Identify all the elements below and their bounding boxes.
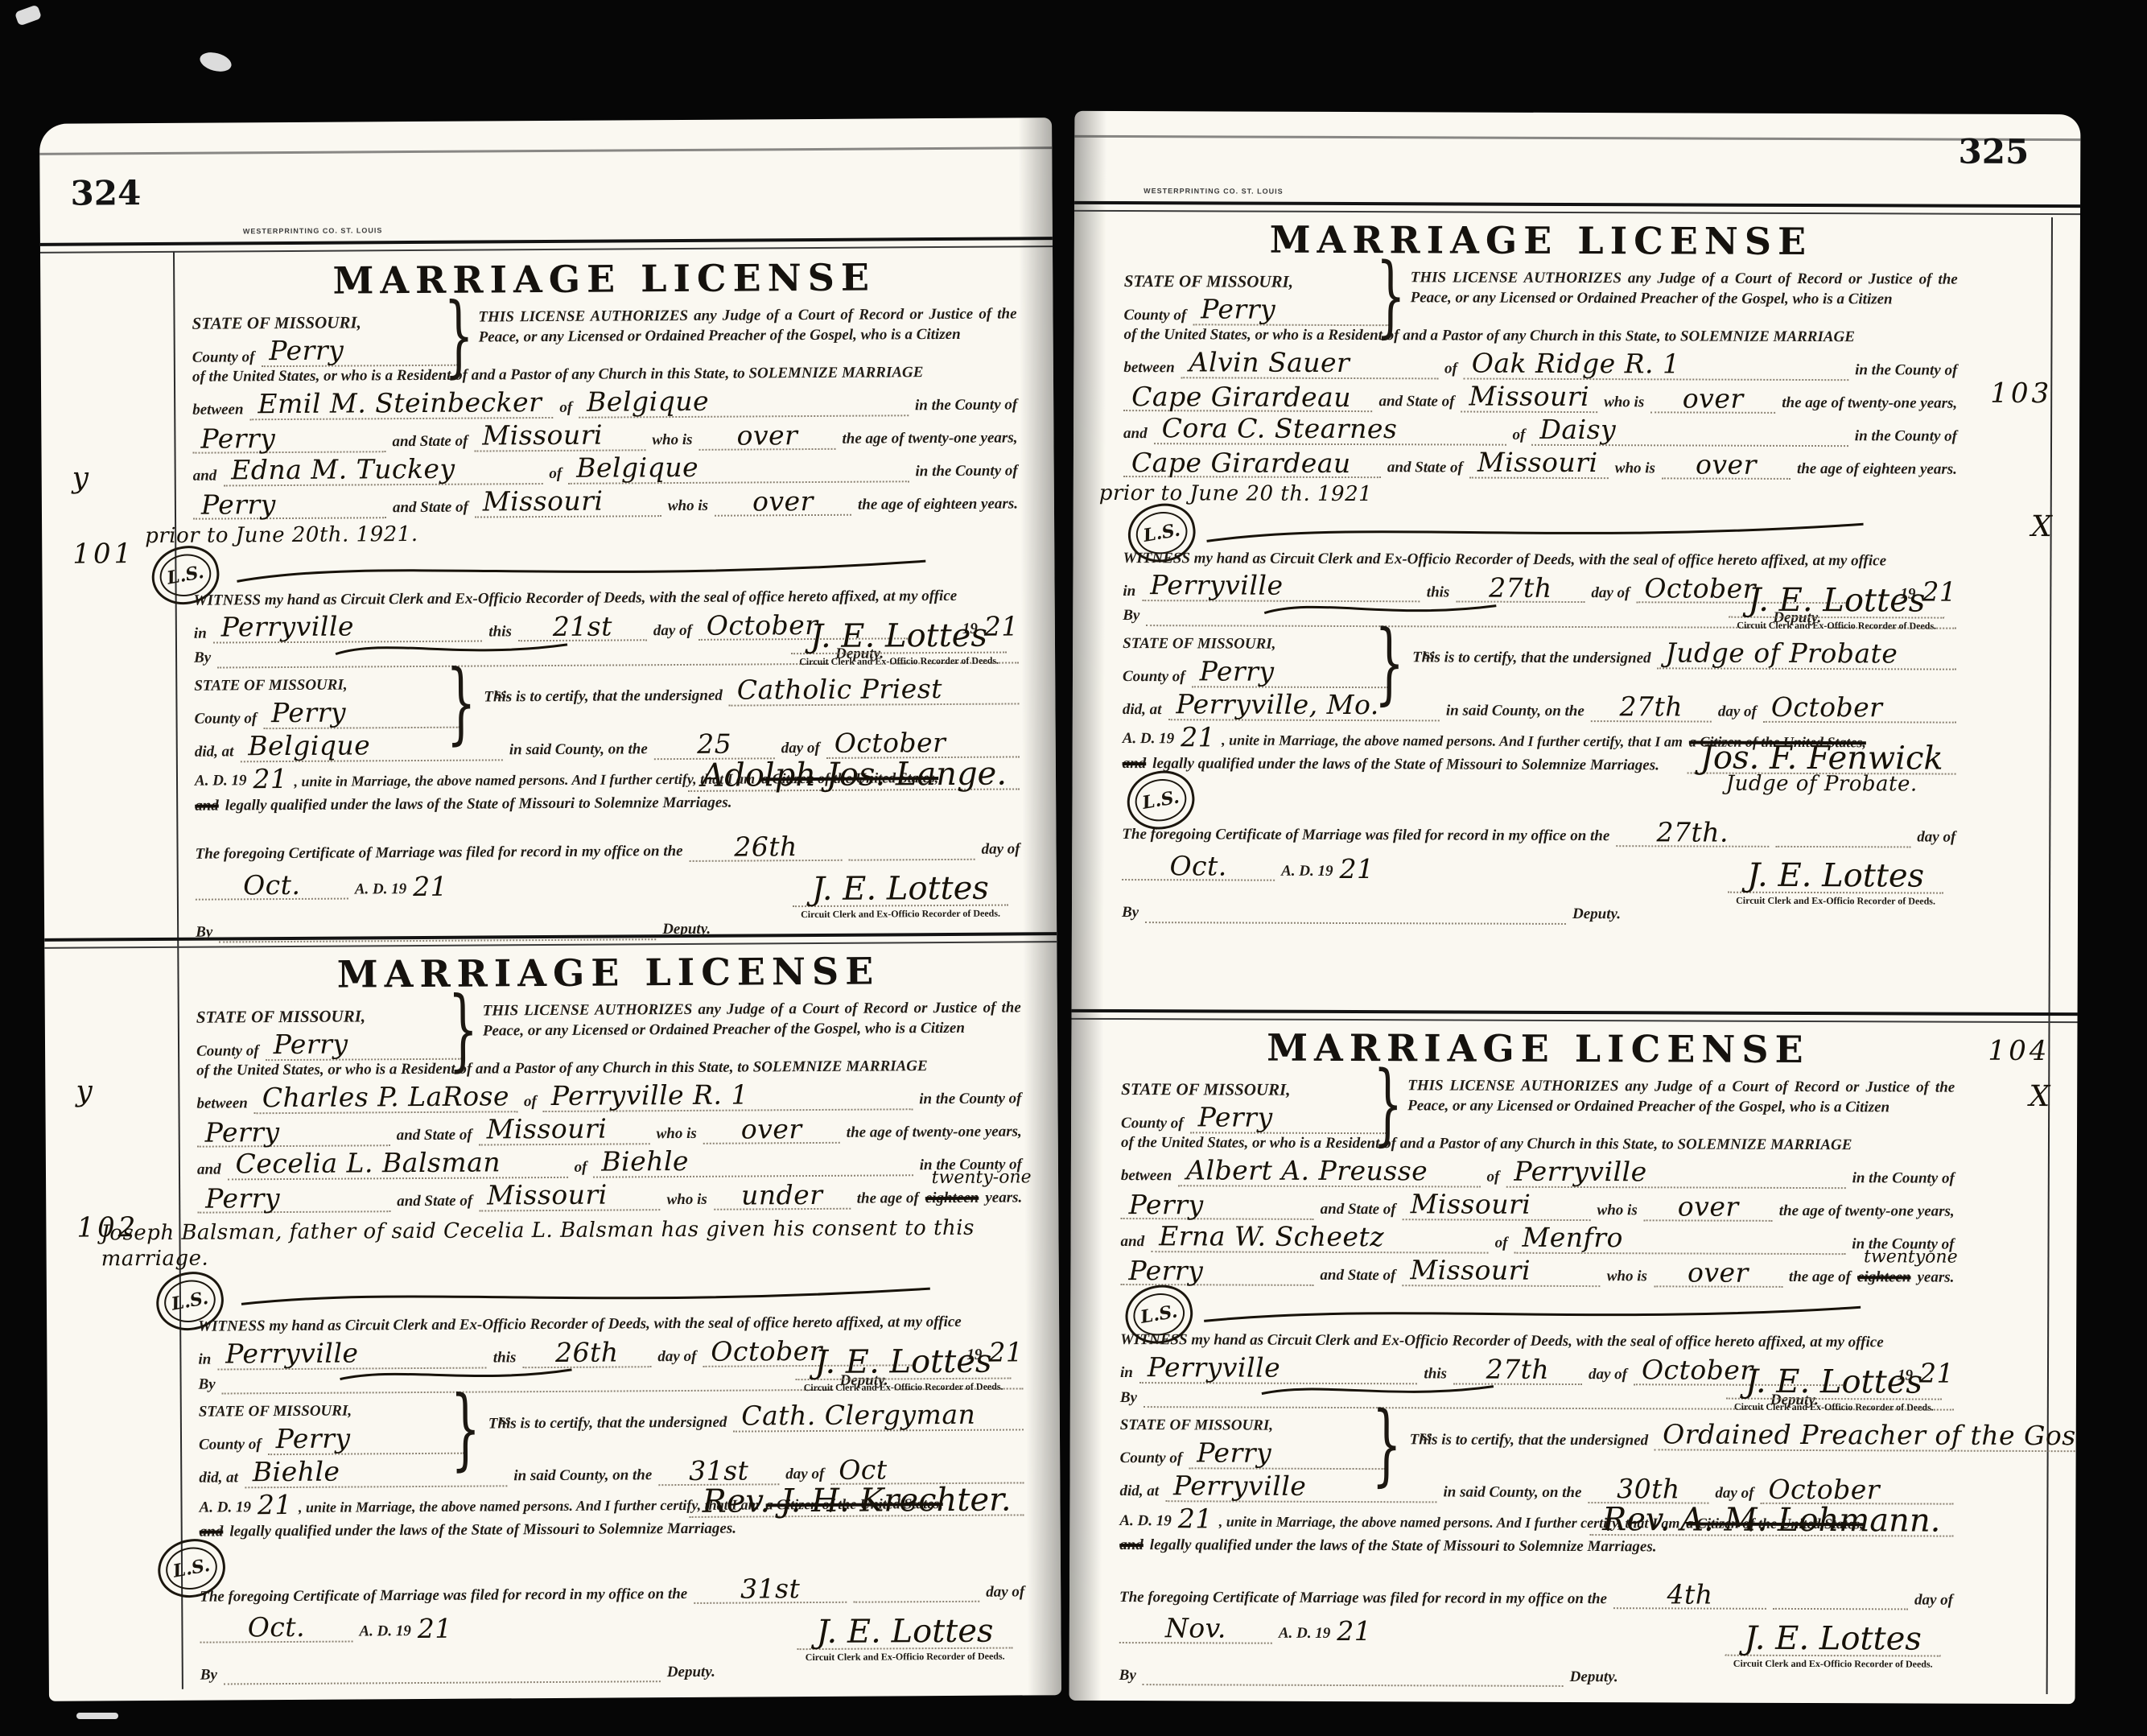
officiant-title: Catholic Priest [729,675,1020,706]
who-is-label: who is [1607,1267,1647,1287]
filed-day: 26th [689,834,842,863]
by-label: By [1120,1388,1137,1408]
of-label: of [1495,1234,1508,1254]
bride-place: Daisy [1531,417,1848,447]
age-of-label: the age of [1789,1268,1851,1288]
in-said-county-label: in said County, on the [513,1466,652,1487]
filed-month-line: Oct. A. D. 19 21 J. E. Lottes Circuit Cl… [200,1610,1024,1643]
cert-day: 25 [654,732,775,760]
in-county-label: in the County of [1855,361,1957,381]
who-is-label: who is [652,431,692,451]
unite-text: , unite in Marriage, the above named per… [1222,731,1683,751]
page-edge-line [39,146,1052,155]
bride-county: Perry [1120,1258,1313,1286]
county-label: County of [1124,306,1187,326]
legally-line: and legally qualified under the laws of … [1119,1536,1953,1558]
state-county-block: STATE OF MISSOURI, County of Perry } [192,308,457,368]
handwritten-note: prior to June 20 th. 1921 [1099,484,1957,506]
groom-line: between Charles P. LaRose of Perryville … [196,1080,1021,1114]
margin-rule [173,252,183,1689]
ls-seal-text: L.S. [163,1543,220,1594]
state-line: STATE OF MISSOURI, [194,675,459,697]
of-label: of [574,1158,587,1178]
cert-year: 21 [1178,1506,1213,1531]
filed-line: The foregoing Certificate of Marriage wa… [1119,1580,1953,1610]
filed-month-line: Oct. A. D. 19 21 J. E. Lottes Circuit Cl… [1122,853,1955,884]
state-line: STATE OF MISSOURI, [192,311,457,335]
and-state-label: and State of [1320,1266,1395,1286]
and-label: and [197,1161,221,1181]
struck-eighteen: eighteen [1857,1269,1911,1286]
cert-state-county: STATE OF MISSOURI, County of Perry } ss. [194,675,459,730]
by-label: By [1123,606,1139,626]
groom-age-relation: over [703,1115,840,1144]
state-county-block: STATE OF MISSOURI, County of Perry } [196,1002,462,1062]
legally-text: legally qualified under the laws of the … [225,794,732,817]
cert-right: This is to certify, that the undersigned… [1410,1417,2081,1473]
filed-blank [1773,1594,1908,1610]
certificate-block: STATE OF MISSOURI, County of Perry } ss.… [1120,1416,1954,1471]
of-label: of [524,1092,537,1112]
state-county-block: STATE OF MISSOURI, County of Perry } [1124,267,1390,326]
printer-mark: WESTERPRINTING CO. ST. LOUIS [243,226,383,235]
bride-age-relation: over [1654,1260,1782,1288]
groom-line: between Albert A. Preusse of Perryville … [1121,1157,1955,1190]
clerk-title: Circuit Clerk and Ex-Officio Recorder of… [797,1650,1013,1664]
license-header: STATE OF MISSOURI, County of Perry } THI… [196,998,1021,1062]
clerk-signature: J. E. Lottes [1729,586,1944,619]
cert-year: 21 [253,766,287,792]
brace-glyph: } [448,977,479,1081]
deputy-line: By Deputy. J. E. Lottes Circuit Clerk an… [1120,1388,1954,1411]
clerk-title: Circuit Clerk and Ex-Officio Recorder of… [1728,895,1943,908]
license-title: MARRIAGE LICENSE [192,254,1016,303]
bride-name: Erna W. Scheetz [1151,1223,1489,1253]
deputy-line: By Deputy. J. E. Lottes Circuit Clerk an… [1123,606,1956,629]
ls-seal-text: L.S. [1130,1289,1188,1339]
state-line: STATE OF MISSOURI, [1124,270,1390,293]
and-state-label: and State of [1387,458,1463,478]
clerk-signature-block: J. E. Lottes Circuit Clerk and Ex-Offici… [1725,1623,1941,1670]
officiant-title: Cath. Clergyman [733,1402,1024,1433]
filed-year: 21 [1337,1618,1371,1643]
legally-line: and legally qualified under the laws of … [200,1518,1024,1543]
handwritten-age-correction: twentyone [1864,1247,1958,1268]
day-of-label: day of [1718,703,1757,723]
did-at-line: did, at Perryville, Mo. in said County, … [1123,691,1956,724]
deputy-blank [224,1668,661,1685]
groom-line: between Alvin Sauer of Oak Ridge R. 1 in… [1123,349,1957,381]
filed-blank [1775,832,1910,848]
pen-flourish-line [238,1276,930,1315]
brace-glyph: } [1374,611,1404,715]
brace-glyph: } [1372,1392,1402,1496]
county-line: County of Perry [199,1425,464,1456]
bride-place: Belgique [568,453,909,485]
filed-line: The foregoing Certificate of Marriage wa… [200,1574,1024,1607]
cert-month: October [1760,1477,1953,1505]
marriage-license-form-2: y 102 MARRIAGE LICENSE STATE OF MISSOURI… [196,948,1025,1685]
margin-check-mark: y [76,1074,93,1107]
of-label: of [1513,426,1526,446]
page-edge-line [1074,135,2080,141]
of-label: of [1487,1168,1500,1188]
groom-state: Missouri [479,1115,650,1145]
and-label: and [1121,1232,1145,1252]
county-line: County of Perry [196,1031,462,1062]
deputy-line-2: By Deputy. [1119,1666,1618,1688]
age-21-label: the age of twenty-one years, [842,429,1017,450]
and-state-label: and State of [1378,392,1454,412]
cert-county-value: Perry [268,1425,465,1455]
bride-line: and Erna W. Scheetz of Menfro in the Cou… [1121,1223,1955,1256]
bride-name: Edna M. Tuckey [223,456,542,486]
certificate-block: STATE OF MISSOURI, County of Perry } ss.… [199,1398,1024,1456]
margin-check-mark: X [2029,1080,2050,1113]
groom-place: Perryville R. 1 [543,1081,913,1112]
bride-age-relation: over [1662,452,1791,480]
clerk-signature: J. E. Lottes [797,1616,1012,1650]
filed-blank [849,845,975,861]
scan-debris-speck [14,4,42,26]
bride-county: Cape Girardeau [1123,450,1381,478]
and-state-label: and State of [397,1192,472,1212]
scan-debris-speck [76,1713,118,1719]
groom-county: Cape Girardeau [1123,384,1372,412]
filed-month-line: Nov. A. D. 19 21 J. E. Lottes Circuit Cl… [1119,1615,1953,1646]
page-number-left: 324 [70,173,141,213]
bride-state: Missouri [1402,1257,1601,1287]
cert-state-county: STATE OF MISSOURI, County of Perry } ss. [199,1401,464,1456]
county-label: County of [192,348,255,368]
by-label: By [1119,1666,1136,1686]
county-label: County of [199,1436,262,1456]
and-state-label: and State of [393,498,468,518]
state-line: STATE OF MISSOURI, [1123,634,1388,655]
ad-19-label: A. D. 19 [1119,1511,1171,1532]
bride-state-line: Perry and State of Missouri who is over … [193,485,1018,519]
in-said-county-label: in said County, on the [1446,701,1584,721]
bride-state-line: Cape Girardeau and State of Missouri who… [1123,448,1957,480]
county-label: County of [1123,667,1185,687]
clerk-signature-block: J. E. Lottes Circuit Clerk and Ex-Offici… [1728,861,1943,908]
age-21-label: the age of twenty-one years, [847,1123,1022,1144]
years-label: years. [985,1189,1022,1209]
age-18-label: the age of eighteen years. [858,495,1018,516]
did-at-line: did, at Perryville in said County, on th… [1119,1473,1953,1505]
printer-mark: WESTERPRINTING CO. ST. LOUIS [1144,187,1284,196]
between-label: between [1123,358,1174,378]
handwritten-age-correction: twenty-one [932,1168,1032,1189]
margin-record-number: 102 [76,1211,138,1243]
certify-label: This is to certify, that the undersigned [1410,1430,1649,1451]
age-21-label: the age of twenty-one years, [1782,394,1957,414]
bride-line: and Edna M. Tuckey of Belgique in the Co… [193,452,1018,486]
pen-flourish-line [233,550,925,589]
cert-month: October [826,730,1020,759]
state-line: STATE OF MISSOURI, [199,1401,464,1423]
in-said-county-label: in said County, on the [509,740,648,761]
clerk-signature: J. E. Lottes [793,874,1008,908]
ss-label: ss. [1424,646,1439,662]
cert-county-value: Perry [1189,1440,1386,1470]
clerk-signature-block: J. E. Lottes Circuit Clerk and Ex-Offici… [795,1347,1011,1395]
groom-county: Perry [1121,1192,1314,1220]
cert-day: 27th [1591,694,1712,722]
between-label: between [1121,1166,1172,1186]
license-title: MARRIAGE LICENSE [196,948,1020,996]
day-of-label: day of [653,621,692,641]
clerk-signature-block: J. E. Lottes Circuit Clerk and Ex-Offici… [1729,586,1944,633]
certify-label: This is to certify, that the undersigned [1412,649,1651,670]
in-said-county-label: in said County, on the [1443,1483,1581,1503]
certify-line: This is to certify, that the undersigned… [1410,1421,2081,1453]
deputy-label: Deputy. [662,920,711,940]
state-line: STATE OF MISSOURI, [196,1005,462,1029]
groom-state: Missouri [474,422,645,452]
filed-line: The foregoing Certificate of Marriage wa… [1122,818,1955,848]
cert-year: 21 [258,1492,292,1518]
ad-19-label: A. D. 19 [1281,861,1333,881]
margin-rule [2046,217,2053,1694]
county-line: County of Perry [1120,1440,1386,1470]
in-label: in [194,624,207,644]
groom-name: Charles P. LaRose [254,1083,517,1114]
seal-row: L.S. [198,1270,1023,1317]
authorization-text: THIS LICENSE AUTHORIZES any Judge of a C… [478,304,1016,365]
ad-19-label: A. D. 19 [1123,729,1174,749]
who-is-label: who is [1615,459,1655,479]
clerk-title: Circuit Clerk and Ex-Officio Recorder of… [1729,620,1944,633]
and-label: and [1123,424,1148,444]
groom-line: between Emil M. Steinbecker of Belgique … [192,386,1017,420]
ss-label: ss. [496,686,510,702]
deputy-label: Deputy. [1572,905,1621,925]
clerk-signature: J. E. Lottes [1725,1623,1941,1656]
ls-seal-text: L.S. [156,550,214,600]
groom-name: Albert A. Preusse [1178,1157,1481,1187]
ad-19-label: A. D. 19 [359,1622,411,1642]
age-21-label: the age of twenty-one years, [1779,1202,1955,1222]
ss-label: ss. [1421,1429,1436,1445]
marriage-license-form-4: 104 X MARRIAGE LICENSE STATE OF MISSOURI… [1119,1025,1955,1689]
county-label: County of [1121,1114,1184,1134]
in-county-label: in the County of [1852,1169,1955,1190]
age-of-label: the age of [857,1190,919,1210]
clerk-title: Circuit Clerk and Ex-Officio Recorder of… [1726,1401,1942,1414]
and-state-label: and State of [397,1126,472,1146]
consent-note: Joseph Balsman, father of said Cecelia L… [101,1214,1022,1272]
filed-month: Oct. [196,872,348,901]
license-header: STATE OF MISSOURI, County of Perry } THI… [1121,1075,1955,1136]
bride-age-relation: under [714,1181,851,1210]
legally-text: legally qualified under the laws of the … [1152,754,1659,776]
clerk-signature: J. E. Lottes [795,1347,1011,1381]
deputy-line-2: By Deputy. [200,1663,715,1686]
ls-seal-text: L.S. [1132,775,1190,825]
officiant-signature: Rev. A. M. Lohmann. [1589,1505,1953,1537]
bride-state: Missouri [475,488,661,518]
pen-flourish-line [1204,512,1864,550]
clerk-signature-block: J. E. Lottes Circuit Clerk and Ex-Offici… [791,621,1007,669]
in-label: in [1123,582,1135,602]
book-scan-background: { "scan": { "page_left_number": "324", "… [0,0,2147,1736]
filed-blank [853,1587,979,1603]
bride-place: Biehle [593,1147,913,1177]
cert-right: This is to certify, that the undersigned… [484,671,1019,728]
clerk-signature-block: J. E. Lottes Circuit Clerk and Ex-Offici… [793,874,1008,922]
cert-day: 31st [658,1458,779,1486]
groom-place: Perryville [1506,1159,1845,1189]
did-at-label: did, at [1123,700,1162,720]
groom-name: Emil M. Steinbecker [249,390,553,420]
and-state-label: and State of [1321,1200,1396,1220]
authorization-text: THIS LICENSE AUTHORIZES any Judge of a C… [483,998,1021,1059]
who-is-label: who is [1597,1201,1638,1221]
age-18-label: the age of eighteen years. [1797,460,1957,480]
authorization-text-2: of the United States, or who is a Reside… [1123,325,1957,348]
groom-age-relation: over [1650,386,1775,414]
ad-19-label: A. D. 19 [355,880,407,900]
brace-glyph: } [1376,244,1406,348]
state-line: STATE OF MISSOURI, [1120,1416,1386,1437]
certify-line: This is to certify, that the undersigned… [1412,639,1956,670]
county-label: County of [196,1041,259,1062]
county-line: County of Perry [194,699,459,729]
cert-year: 21 [1181,724,1215,749]
license-header: STATE OF MISSOURI, County of Perry } THI… [192,304,1016,368]
ls-seal-text: L.S. [1133,508,1191,558]
bride-name: Cora C. Stearnes [1154,415,1506,446]
marriage-license-form-1: y 101 MARRIAGE LICENSE STATE OF MISSOURI… [192,254,1020,942]
and-label: and [193,467,217,487]
bride-age-relation: over [715,488,851,516]
license-title: MARRIAGE LICENSE [1121,1025,1955,1072]
officiant-signature-block: Rev. J. H. Krechter. [690,1486,1024,1519]
clerk-signature-block: J. E. Lottes Circuit Clerk and Ex-Offici… [797,1616,1012,1664]
officiant-signature-block: Rev. A. M. Lohmann. [1589,1505,1953,1537]
ad-19-label: A. D. 19 [199,1498,251,1518]
county-line: County of Perry [1124,296,1390,326]
who-is-label: who is [667,1190,707,1210]
and-state-label: and State of [392,432,468,452]
cert-county-value: Perry [263,699,460,728]
ad-19-label: A. D. 19 [1279,1624,1330,1644]
page-number-right: 325 [1959,132,2030,171]
between-label: between [192,401,243,421]
authorization-text: THIS LICENSE AUTHORIZES any Judge of a C… [1411,268,1958,328]
cert-day: 30th [1588,1476,1708,1504]
ad-19-label: A. D. 19 [195,772,247,792]
brace-glyph: } [443,283,474,387]
certify-line: This is to certify, that the undersigned… [488,1402,1024,1434]
day-of-label: day of [1589,1365,1627,1385]
authorization-text: THIS LICENSE AUTHORIZES any Judge of a C… [1407,1076,1955,1136]
bride-county: Perry [197,1185,390,1214]
cert-state-county: STATE OF MISSOURI, County of Perry } ss. [1120,1416,1386,1470]
clerk-title: Circuit Clerk and Ex-Officio Recorder of… [1725,1657,1941,1670]
seal-row: L.S. [1123,507,1957,552]
seal-row-2: L.S. [1122,777,1955,818]
county-line: County of Perry [192,337,458,368]
groom-state-line: Perry and State of Missouri who is over … [192,419,1017,453]
cert-county-value: Perry [1192,658,1389,688]
day-of-label: day of [657,1347,696,1367]
by-label: By [196,923,212,943]
filed-day: 31st [694,1576,847,1605]
deputy-line-2: By Deputy. [196,920,711,943]
legally-text: legally qualified under the laws of the … [1150,1536,1657,1558]
in-county-label: in the County of [915,462,1017,482]
filed-year: 21 [1340,856,1374,881]
clerk-signature-block: J. E. Lottes Circuit Clerk and Ex-Offici… [1726,1367,1942,1414]
filed-text: The foregoing Certificate of Marriage wa… [196,842,683,864]
cert-state-county: STATE OF MISSOURI, County of Perry } ss. [1123,634,1388,688]
struck-and: and [195,797,219,817]
who-is-label: who is [657,1124,697,1144]
officiant-signature: Adolph Jos. Lange. [688,760,1020,793]
bride-state-line: Perry and State of Missouri who is under… [197,1179,1022,1213]
county-label: County of [194,709,257,729]
brace-glyph: } [446,650,476,754]
filed-day: 27th. [1616,819,1769,847]
in-county-label: in the County of [915,396,1017,416]
of-label: of [559,398,572,419]
certificate-block: STATE OF MISSOURI, County of Perry } ss.… [1123,634,1956,690]
day-of-label: day of [1917,828,1955,848]
groom-state-line: Perry and State of Missouri who is over … [1121,1190,1955,1223]
filed-month: Oct. [200,1614,352,1643]
filed-text: The foregoing Certificate of Marriage wa… [1119,1588,1607,1610]
certificate-block: STATE OF MISSOURI, County of Perry } ss.… [194,671,1019,729]
officiant-signature: Jos. F. Fenwick [1688,744,1956,775]
state-county-block: STATE OF MISSOURI, County of Perry } [1121,1075,1387,1134]
in-label: in [198,1350,211,1371]
handwritten-note: prior to June 20th. 1921. [145,521,1018,546]
filed-line: The foregoing Certificate of Marriage wa… [195,832,1020,865]
ss-label: ss. [500,1412,514,1429]
between-label: between [196,1095,247,1115]
book-page-left: 324 WESTERPRINTING CO. ST. LOUIS y 101 M… [39,118,1061,1701]
who-is-label: who is [1604,393,1644,413]
by-label: By [200,1665,217,1685]
groom-place: Belgique [579,387,909,419]
head-rule [1074,201,2080,215]
bride-state-line: Perry and State of Missouri who is over … [1120,1256,1954,1289]
margin-record-number: 104 [1988,1035,2050,1067]
filed-month: Oct. [1122,853,1275,881]
margin-record-number: 101 [72,538,134,570]
groom-age-relation: over [698,422,835,450]
age-word-corrected: eighteen twentyone [1857,1268,1911,1289]
clerk-signature: J. E. Lottes [1728,861,1943,894]
did-at-label: did, at [1119,1482,1159,1502]
county-value: Perry [261,337,458,367]
did-at-label: did, at [199,1469,238,1489]
day-of-label: day of [1591,583,1630,604]
ls-seal-text: L.S. [161,1276,219,1326]
deputy-blank [1143,1671,1564,1688]
of-label: of [1444,360,1457,380]
by-label: By [1122,903,1139,923]
officiant-signature: Rev. J. H. Krechter. [690,1486,1024,1519]
filed-text: The foregoing Certificate of Marriage wa… [1122,825,1609,847]
county-value: Perry [1190,1105,1387,1135]
deputy-line: By Deputy. J. E. Lottes Circuit Clerk an… [194,644,1019,669]
unite-text: , unite in Marriage, the above named per… [294,769,755,791]
officiant-title: Judge of Probate [1658,640,1957,670]
deputy-blank [1145,908,1566,925]
